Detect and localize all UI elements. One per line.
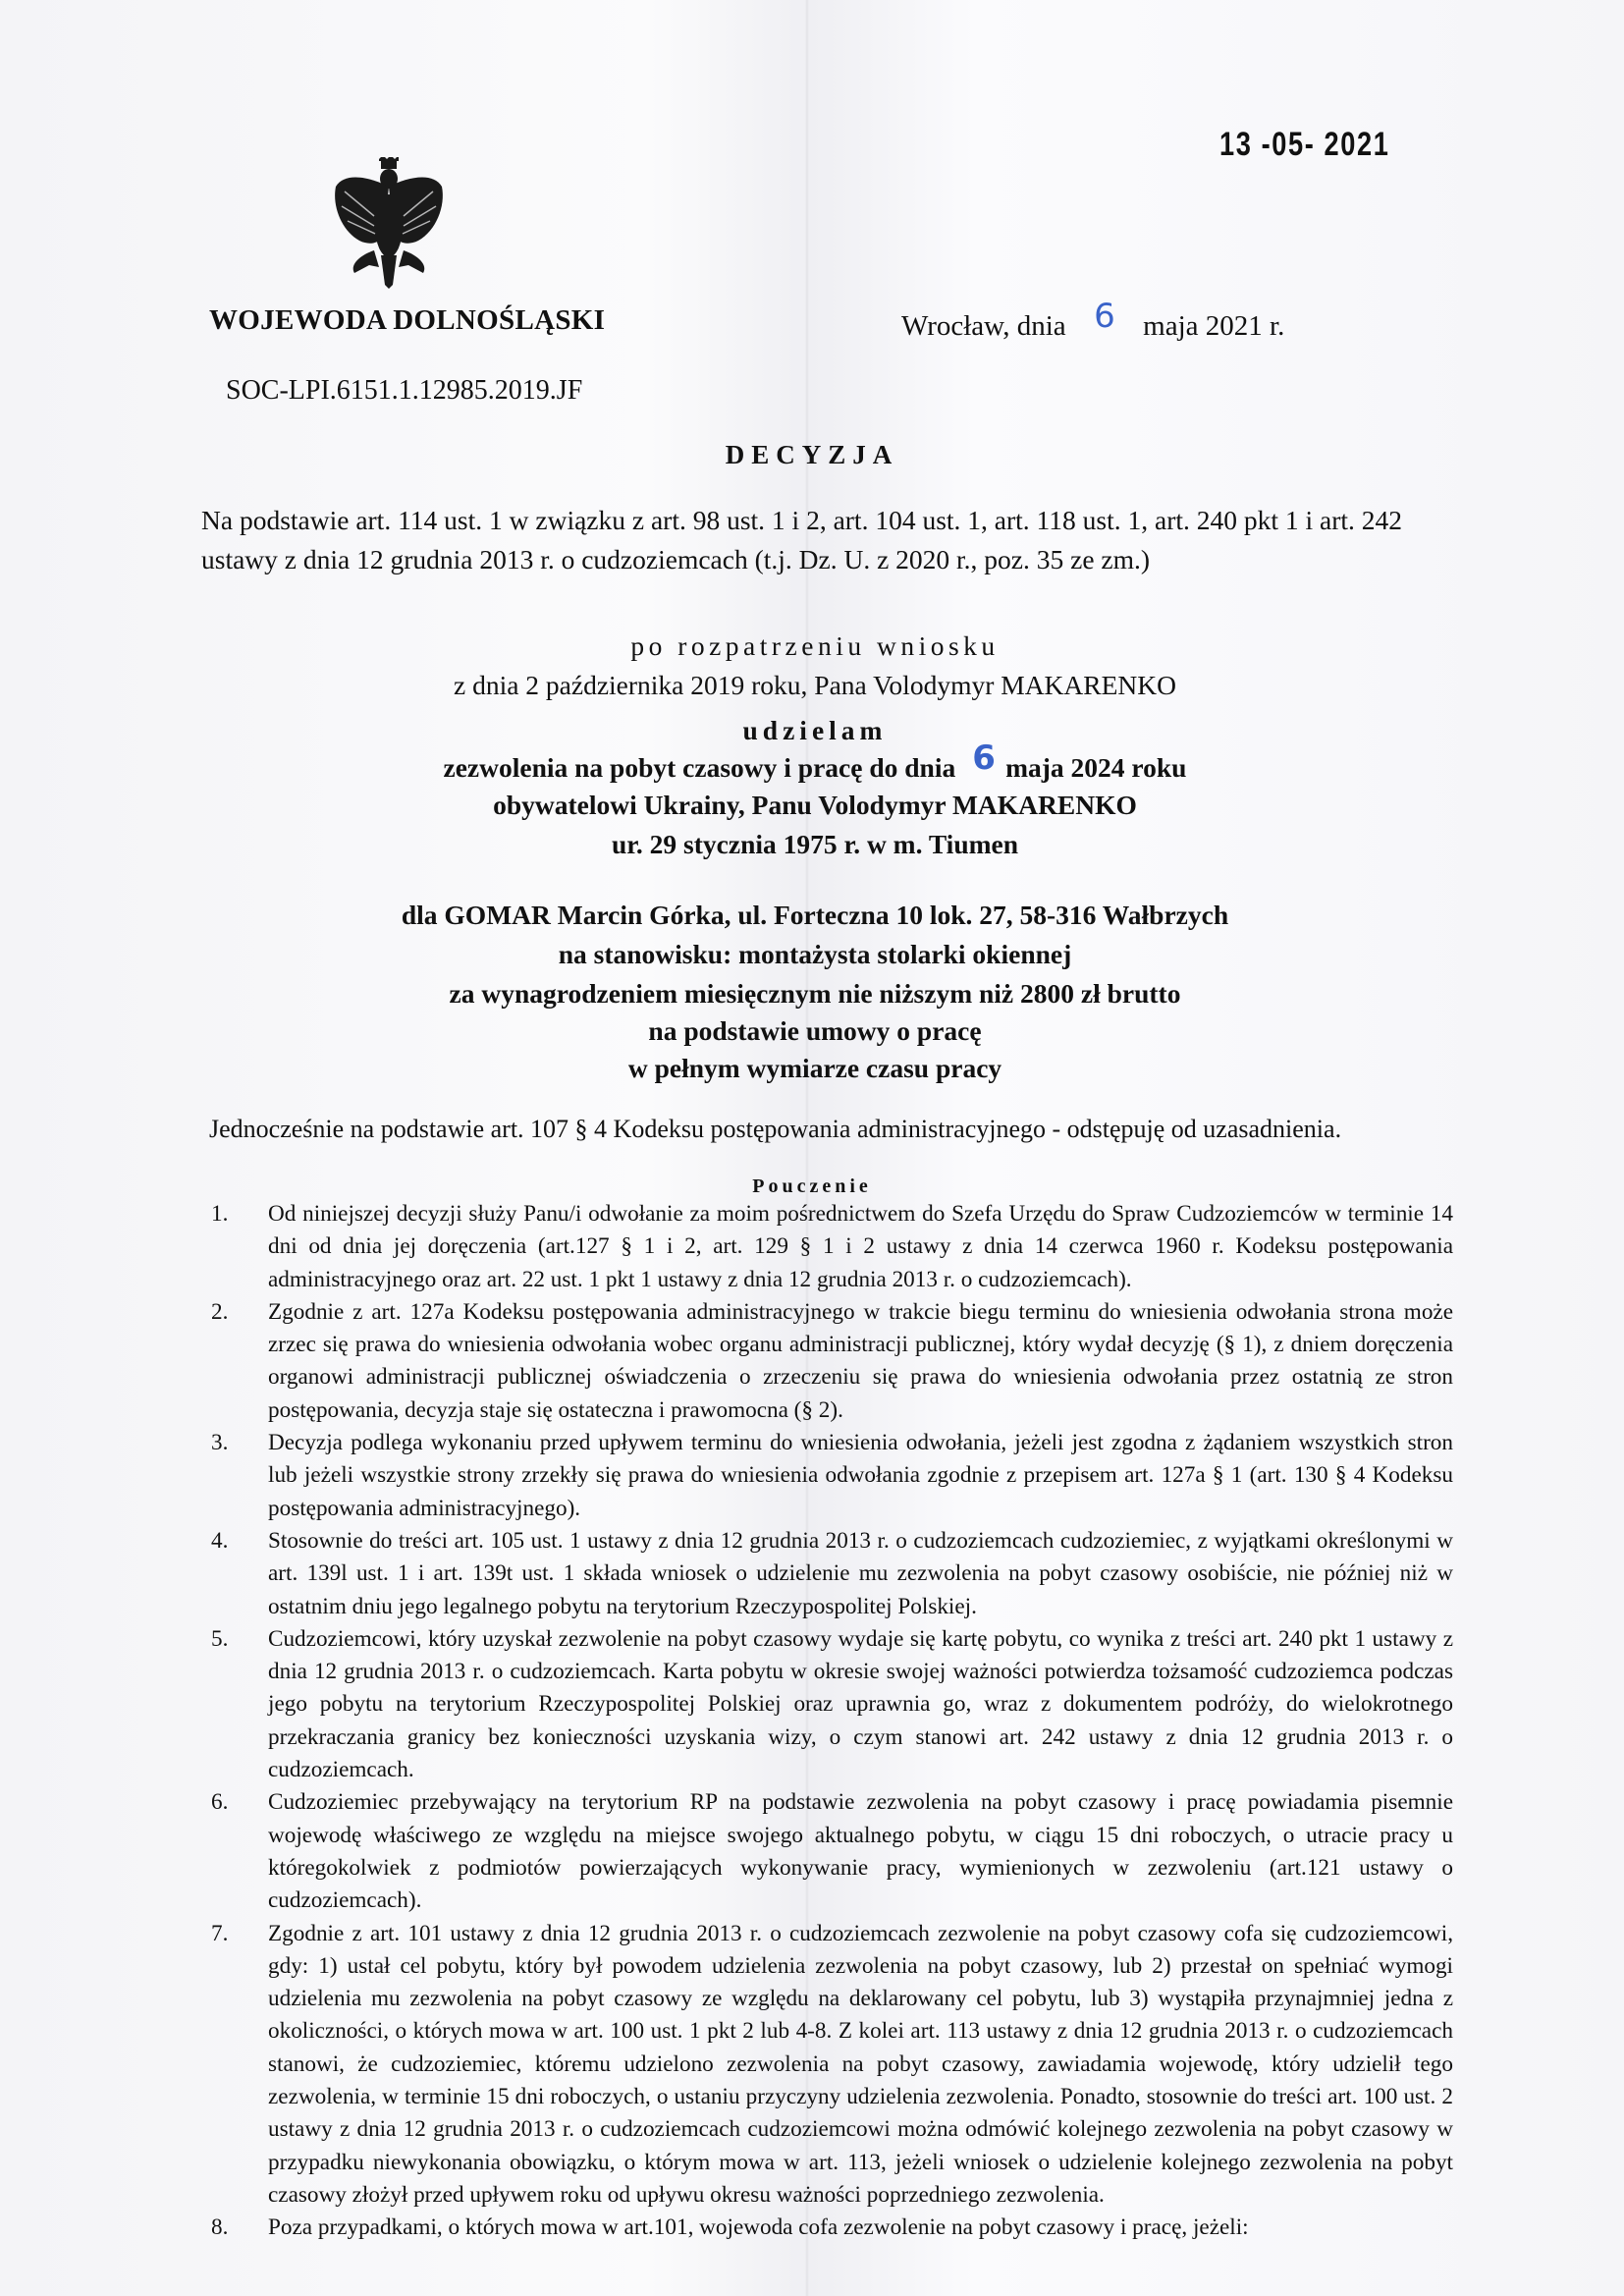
item-number: 8. — [211, 2212, 268, 2244]
item-text: Cudzoziemcowi, który uzyskał zezwolenie … — [268, 1623, 1453, 1786]
instructions-list: 1.Od niniejszej decyzji służy Panu/i odw… — [211, 1198, 1453, 2245]
item-text: Cudzoziemiec przebywający na terytorium … — [268, 1786, 1453, 1917]
item-number: 4. — [211, 1525, 268, 1623]
birth-line: ur. 29 stycznia 1975 r. w m. Tiumen — [177, 825, 1453, 864]
justification-waiver: Jednocześnie na podstawie art. 107 § 4 K… — [209, 1110, 1461, 1149]
after-review-heading: po rozpatrzeniu wniosku — [177, 627, 1453, 666]
grant-heading: udzielam — [177, 711, 1453, 750]
place-date-prefix: Wrocław, dnia — [901, 310, 1066, 342]
contract-line: na podstawie umowy o pracę — [177, 1011, 1453, 1051]
worktime-line: w pełnym wymiarze czasu pracy — [177, 1049, 1453, 1088]
handwritten-day: 6 — [1073, 297, 1136, 336]
list-item: 3.Decyzja podlega wykonaniu przed upływe… — [211, 1427, 1453, 1525]
list-item: 8.Poza przypadkami, o których mowa w art… — [211, 2212, 1453, 2244]
salary-line: za wynagrodzeniem miesięcznym nie niższy… — [177, 974, 1453, 1013]
item-text: Od niniejszej decyzji służy Panu/i odwoł… — [268, 1198, 1453, 1296]
permit-suffix: maja 2024 roku — [1005, 752, 1186, 783]
permit-prefix: zezwolenia na pobyt czasowy i pracę do d… — [444, 752, 956, 783]
item-number: 2. — [211, 1296, 268, 1427]
place-date-suffix: maja 2021 r. — [1143, 310, 1284, 342]
decision-title: DECYZJA — [0, 440, 1624, 470]
document-page: 13 -05- 2021 WOJEWODA DOLNOŚLĄSKI Wrocła… — [0, 0, 1624, 2296]
item-text: Poza przypadkami, o których mowa w art.1… — [268, 2212, 1453, 2244]
list-item: 7.Zgodnie z art. 101 ustawy z dnia 12 gr… — [211, 1918, 1453, 2213]
permit-handwritten-day: 6 — [962, 738, 1005, 778]
item-number: 6. — [211, 1786, 268, 1917]
item-text: Zgodnie z art. 101 ustawy z dnia 12 grud… — [268, 1918, 1453, 2213]
place-and-date: Wrocław, dnia 6 maja 2021 r. — [901, 304, 1284, 344]
list-item: 5.Cudzoziemcowi, który uzyskał zezwoleni… — [211, 1623, 1453, 1786]
item-text: Stosownie do treści art. 105 ust. 1 usta… — [268, 1525, 1453, 1623]
item-number: 3. — [211, 1427, 268, 1525]
item-text: Decyzja podlega wykonaniu przed upływem … — [268, 1427, 1453, 1525]
list-item: 4.Stosownie do treści art. 105 ust. 1 us… — [211, 1525, 1453, 1623]
citizen-line: obywatelowi Ukrainy, Panu Volodymyr MAKA… — [177, 786, 1453, 825]
item-number: 5. — [211, 1623, 268, 1786]
issuing-authority: WOJEWODA DOLNOŚLĄSKI — [209, 304, 605, 337]
list-item: 1.Od niniejszej decyzji służy Panu/i odw… — [211, 1198, 1453, 1296]
item-number: 7. — [211, 1918, 268, 2213]
item-text: Zgodnie z art. 127a Kodeksu postępowania… — [268, 1296, 1453, 1427]
permit-line: zezwolenia na pobyt czasowy i pracę do d… — [177, 746, 1453, 788]
item-number: 1. — [211, 1198, 268, 1296]
application-line: z dnia 2 października 2019 roku, Pana Vo… — [177, 666, 1453, 705]
received-date-stamp: 13 -05- 2021 — [1219, 126, 1389, 164]
case-reference: SOC-LPI.6151.1.12985.2019.JF — [226, 375, 582, 407]
employer-line: dla GOMAR Marcin Górka, ul. Forteczna 10… — [177, 896, 1453, 935]
position-line: na stanowisku: montażysta stolarki okien… — [177, 935, 1453, 974]
list-item: 6.Cudzoziemiec przebywający na terytoriu… — [211, 1786, 1453, 1917]
list-item: 2.Zgodnie z art. 127a Kodeksu postępowan… — [211, 1296, 1453, 1427]
instructions-title: Pouczenie — [0, 1175, 1624, 1198]
legal-basis: Na podstawie art. 114 ust. 1 w związku z… — [201, 501, 1453, 579]
eagle-emblem-icon — [330, 157, 448, 290]
